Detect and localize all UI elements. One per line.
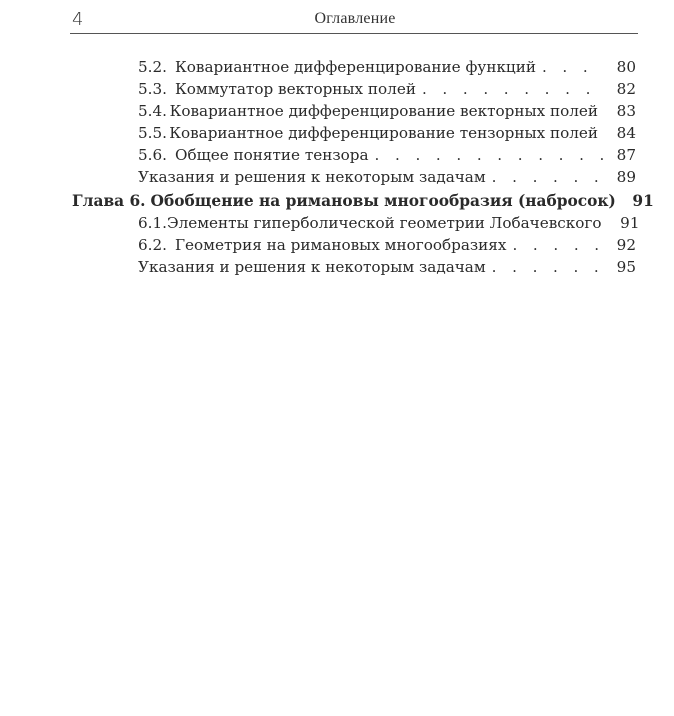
toc-entry-title: Ковариантное дифференцирование тензорных…	[169, 122, 598, 144]
toc-entry-page: 89	[614, 166, 636, 188]
toc-dot-leader: . . . . . . . . . . . . . . . . . . . . …	[375, 144, 604, 166]
toc-entry-52[interactable]: 5.2. Ковариантное дифференцирование функ…	[138, 56, 636, 78]
toc-entry-title: Указания и решения к некоторым задачам	[138, 256, 486, 278]
running-title: Оглавление	[0, 10, 674, 28]
toc-entry-page: 87	[614, 144, 636, 166]
toc-entry-title: Ковариантное дифференцирование функций	[175, 56, 536, 78]
toc-entry-title: Общее понятие тензора	[175, 144, 369, 166]
toc-entry-title: Коммутатор векторных полей	[175, 78, 416, 100]
toc-entry-54[interactable]: 5.4. Ковариантное дифференцирование вект…	[138, 100, 636, 122]
toc-dot-leader: . . . . . . . . . . . . . . . . . . . . …	[492, 256, 604, 278]
toc-dot-leader: . . . . . . . . . . . . . . . . . . . . …	[492, 166, 604, 188]
header-rule	[70, 33, 638, 34]
toc-entry-page: 91	[618, 212, 640, 234]
toc-entry-title: Обобщение на римановы многообразия (набр…	[151, 190, 616, 212]
toc-dot-leader: . . . . . . . . . . . . . . . . . . . . …	[542, 56, 604, 78]
toc-entry-title: Указания и решения к некоторым задачам	[138, 166, 486, 188]
toc-entry-title: Геометрия на римановых многообразиях	[175, 234, 506, 256]
toc-entry-number: 5.6.	[138, 144, 175, 166]
toc-entry-62[interactable]: 6.2. Геометрия на римановых многообразия…	[138, 234, 636, 256]
toc-entry-number: 6.1.	[138, 212, 167, 234]
toc-entry-number: Глава 6.	[72, 190, 146, 212]
toc-entry-hints[interactable]: Указания и решения к некоторым задачам .…	[138, 256, 636, 278]
toc-entry-page: 92	[614, 234, 636, 256]
toc-dot-leader: . . . . . . . . . . . . . . . . . . . . …	[512, 234, 604, 256]
toc-entry-page: 82	[614, 78, 636, 100]
toc-entry-number: 5.4.	[138, 100, 170, 122]
toc-entry-title: Элементы гиперболической геометрии Лобач…	[167, 212, 602, 234]
toc-entry-number: 5.2.	[138, 56, 175, 78]
toc-entry-53[interactable]: 5.3. Коммутатор векторных полей . . . . …	[138, 78, 636, 100]
toc-entry-title: Ковариантное дифференцирование векторных…	[170, 100, 598, 122]
toc-entry-55[interactable]: 5.5. Ковариантное дифференцирование тенз…	[138, 122, 636, 144]
toc-dot-leader: . . . . . . . . . . . . . . . . . . . . …	[422, 78, 604, 100]
toc-entry-56[interactable]: 5.6. Общее понятие тензора . . . . . . .…	[138, 144, 636, 166]
toc-entry-number: 5.3.	[138, 78, 175, 100]
toc-entry-6[interactable]: Глава 6. Обобщение на римановы многообра…	[72, 190, 636, 212]
toc-entry-number: 5.5.	[138, 122, 169, 144]
toc-entry-page: 91	[632, 190, 654, 212]
toc-entry-page: 84	[614, 122, 636, 144]
toc-entry-61[interactable]: 6.1. Элементы гиперболической геометрии …	[138, 212, 636, 234]
toc-entry-page: 83	[614, 100, 636, 122]
toc-entry-page: 95	[614, 256, 636, 278]
toc-entry-page: 80	[614, 56, 636, 78]
toc-entry-number: 6.2.	[138, 234, 175, 256]
toc-entry-hints[interactable]: Указания и решения к некоторым задачам .…	[138, 166, 636, 188]
